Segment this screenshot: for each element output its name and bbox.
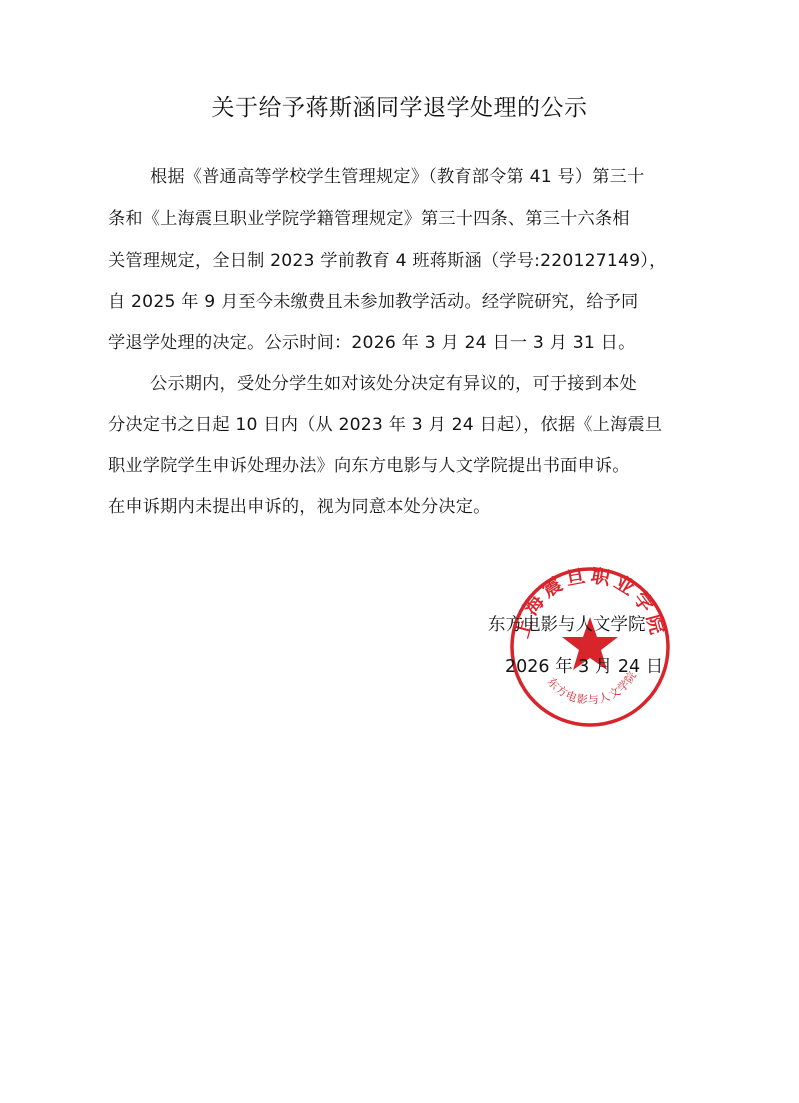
paragraph-1-line-1: 根据《普通高等学校学生管理规定》（教育部令第 41 号）第三十 [150,162,644,187]
paragraph-1-line-2: 条和《上海震旦职业学院学籍管理规定》第三十四条、第三十六条相 [108,204,630,229]
paragraph-1-line-4: 自 2025 年 9 月至今未缴费且未参加教学活动。经学院研究，给予同 [108,287,638,312]
paragraph-2-line-3: 职业学院学生申诉处理办法》向东方电影与人文学院提出书面申诉。 [108,451,630,476]
document-title: 关于给予蒋斯涵同学退学处理的公示 [0,89,799,122]
paragraph-2-line-4: 在申诉期内未提出申诉的，视为同意本处分决定。 [108,492,491,517]
paragraph-1-line-3: 关管理规定，全日制 2023 学前教育 4 班蒋斯涵（学号:220127149）… [108,246,666,271]
official-seal-icon: 上海震旦职业学院 东方电影与人文学院 [508,565,672,729]
signature-date: 2026 年 3 月 24 日 [505,653,663,678]
signature-organization: 东方电影与人文学院 [488,611,646,636]
document-page: 关于给予蒋斯涵同学退学处理的公示 根据《普通高等学校学生管理规定》（教育部令第 … [0,0,799,1103]
paragraph-2-line-2: 分决定书之日起 10 日内（从 2023 年 3 月 24 日起），依据《上海震… [108,410,662,435]
paragraph-2-line-1: 公示期内，受处分学生如对该处分决定有异议的，可于接到本处 [150,369,637,394]
paragraph-1-line-5: 学退学处理的决定。公示时间：2026 年 3 月 24 日一 3 月 31 日。 [108,328,635,353]
